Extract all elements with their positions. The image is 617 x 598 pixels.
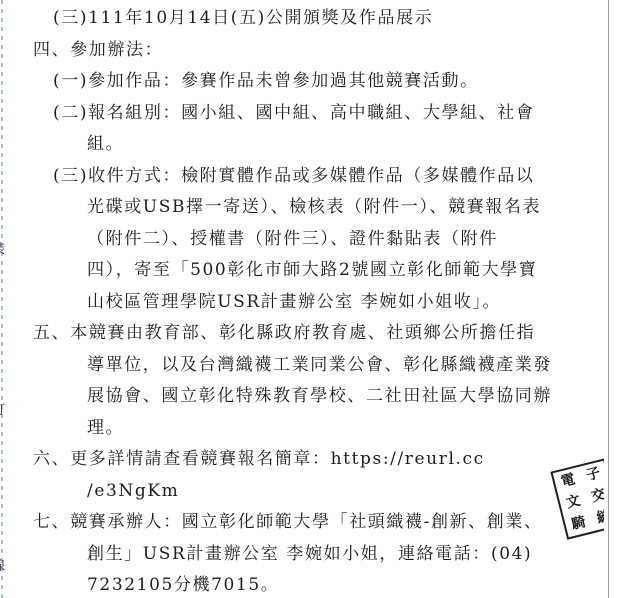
text-line: 光碟或USB擇一寄送）、檢核表（附件一）、競賽報名表 [0,192,600,224]
text-line: 四），寄至「500彰化市師大路2號國立彰化師範大學寶 [0,255,600,287]
text-line: (三)收件方式：檢附實體作品或多媒體作品（多媒體作品以 [0,161,600,193]
stamp-char: 交 [590,487,604,504]
text-line: (二)報名組別：國小組、國中組、高中職組、大學組、社會 [0,98,600,130]
document-text: (三)111年10月14日(五)公開頒獎及作品展示四、參加辦法：(一)參加作品：… [0,3,600,598]
text-line: 七、競賽承辦人：國立彰化師範大學「社頭織襪-創新、創業、 [0,507,600,539]
stamp-char: 子 [585,466,602,483]
page-edge-line [608,0,609,598]
document-page: 裝訂線 (三)111年10月14日(五)公開頒獎及作品展示四、參加辦法：(一)參… [0,0,617,598]
text-line: 展協會、國立彰化特殊教育學校、二社田社區大學協同辦 [0,381,600,413]
stamp-char: 縫 [595,509,604,526]
text-line: (三)111年10月14日(五)公開頒獎及作品展示 [0,3,600,35]
text-line: 理。 [0,413,600,445]
text-line: 組。 [0,129,600,161]
text-line: 六、更多詳情請查看競賽報名簡章：https://reurl.cc [0,444,600,476]
text-line: 五、本競賽由教育部、彰化縣政府教育處、社頭鄉公所擔任指 [0,318,600,350]
perforation-stamp-clip: 電子文交騎縫 [540,452,604,548]
stamp-char: 騎 [570,515,587,532]
stamp-char: 電 [560,472,577,489]
text-line: /e3NgKm [0,476,600,508]
electronic-exchange-stamp: 電子文交騎縫 [550,458,604,539]
text-line: 四、參加辦法： [0,35,600,67]
text-line: （附件二）、授權書（附件三）、證件黏貼表（附件 [0,224,600,256]
text-line: 創生」USR計畫辦公室 李婉如小姐，連絡電話：(04) [0,539,600,571]
text-line: 7232105分機7015。 [0,570,600,598]
text-line: 山校區管理學院USR計畫辦公室 李婉如小姐收」。 [0,287,600,319]
stamp-char: 文 [565,494,582,511]
text-line: (一)參加作品：參賽作品未曾參加過其他競賽活動。 [0,66,600,98]
text-line: 導單位，以及台灣織襪工業同業公會、彰化縣織襪產業發 [0,350,600,382]
